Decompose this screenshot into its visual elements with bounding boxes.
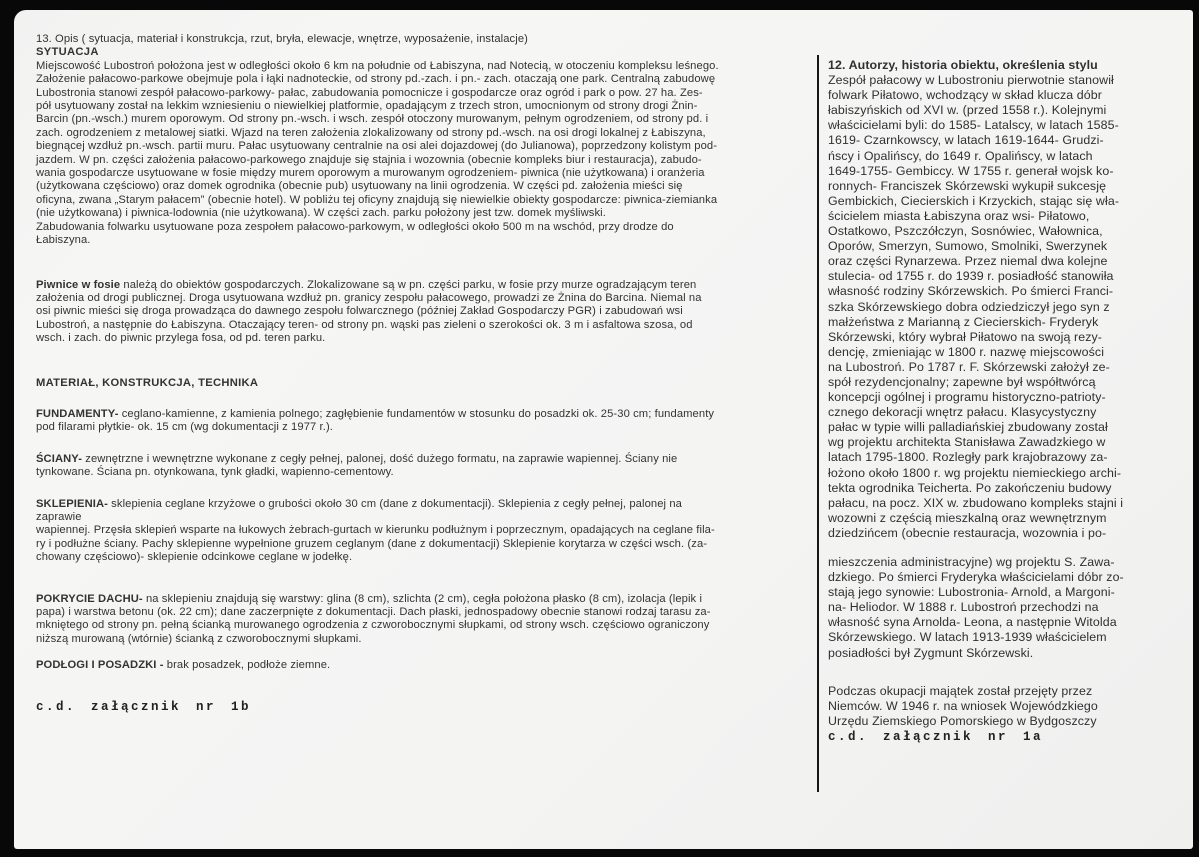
fundamenty-lead: FUNDAMENTY- [36, 408, 119, 420]
piwnice-paragraph: Piwnice w fosie należą do obiektów gospo… [36, 279, 821, 346]
sciany-paragraph: ŚCIANY- zewnętrzne i wewnętrzne wykonane… [36, 453, 821, 480]
history-paragraph-2: mieszczenia administracyjne) wg projektu… [828, 555, 1188, 661]
sklepienia-paragraph: SKLEPIENIA- sklepienia ceglane krzyżowe … [36, 498, 821, 565]
piwnice-text: należą do obiektów gospodarczych. Zlokal… [36, 279, 702, 345]
history-paragraph-1: Zespół pałacowy w Lubostroniu pierwotnie… [828, 73, 1188, 541]
document-page: 13. Opis ( sytuacja, materiał i konstruk… [14, 10, 1193, 849]
section-12-header: 12. Autorzy, historia obiektu, określeni… [828, 58, 1188, 73]
material-heading: MATERIAŁ, KONSTRUKCJA, TECHNIKA [36, 377, 821, 390]
left-attachment-note: c.d. załącznik nr 1b [36, 701, 821, 714]
podlogi-lead: PODŁOGI I POSADZKI - [36, 659, 164, 671]
sciany-text: zewnętrzne i wewnętrzne wykonane z cegły… [36, 453, 677, 478]
sytuacja-paragraph: Miejscowość Lubostroń położona jest w od… [36, 60, 821, 248]
pokrycie-lead: POKRYCIE DACHU- [36, 593, 143, 605]
sciany-lead: ŚCIANY- [36, 453, 82, 465]
pokrycie-paragraph: POKRYCIE DACHU- na sklepieniu znajdują s… [36, 593, 821, 647]
section-12-column: 12. Autorzy, historia obiektu, określeni… [828, 58, 1188, 745]
section-13-column: 13. Opis ( sytuacja, materiał i konstruk… [36, 33, 821, 714]
section-13-header: 13. Opis ( sytuacja, materiał i konstruk… [36, 33, 821, 46]
podlogi-text: brak posadzek, podłoże ziemne. [164, 659, 331, 671]
column-divider-line [817, 55, 819, 792]
sklepienia-lead: SKLEPIENIA- [36, 498, 108, 510]
right-attachment-note: c.d. załącznik nr 1a [828, 730, 1188, 745]
fundamenty-paragraph: FUNDAMENTY- ceglano-kamienne, z kamienia… [36, 408, 821, 435]
podlogi-paragraph: PODŁOGI I POSADZKI - brak posadzek, podł… [36, 659, 821, 672]
history-paragraph-3: Podczas okupacji majątek został przejęty… [828, 684, 1188, 729]
fundamenty-text: ceglano-kamienne, z kamienia polnego; za… [36, 408, 714, 433]
sklepienia-text: sklepienia ceglane krzyżowe o grubości o… [36, 498, 715, 564]
sytuacja-heading: SYTUACJA [36, 46, 821, 59]
piwnice-lead: Piwnice w fosie [36, 279, 120, 291]
